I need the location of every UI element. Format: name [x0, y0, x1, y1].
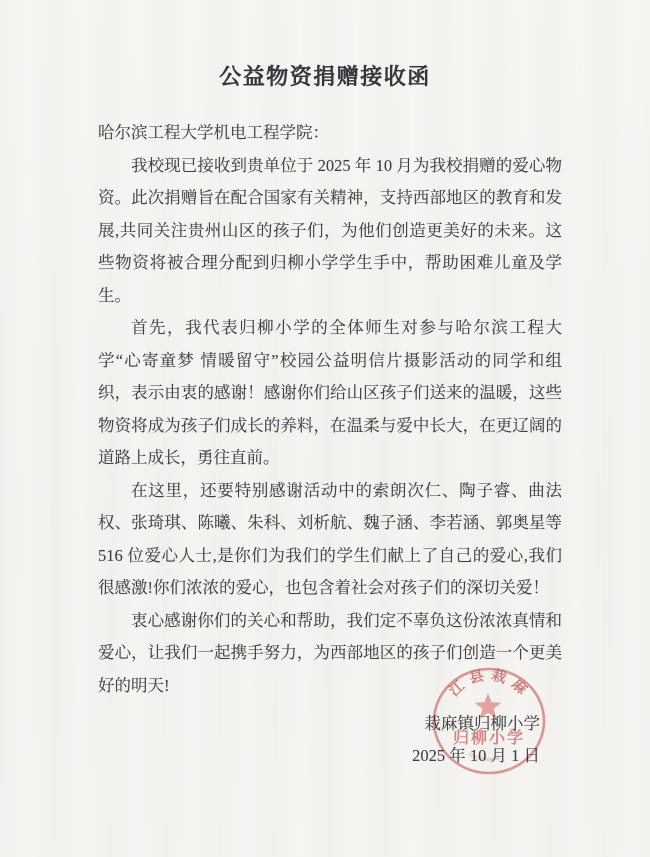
seal-star-icon: [475, 693, 502, 718]
seal-arc-text: 江县栽麻镇: [430, 666, 535, 702]
seal-serial-text: 5225320000000: [467, 752, 500, 762]
letter-page: 公益物资捐赠接收函 哈尔滨工程大学机电工程学院： 我校现已接收到贵单位于 202…: [0, 0, 650, 857]
official-seal: 江县栽麻镇 归柳小学 5225320000000: [430, 666, 548, 778]
salutation: 哈尔滨工程大学机电工程学院：: [98, 117, 562, 150]
paragraph-1: 我校现已接收到贵单位于 2025 年 10 月为我校捐赠的爱心物资。此次捐赠旨在…: [98, 150, 562, 313]
seal-name-text: 归柳小学: [453, 728, 525, 747]
letter-title: 公益物资捐赠接收函: [0, 60, 650, 91]
paragraph-2: 首先，我代表归柳小学的全体师生对参与哈尔滨工程大学“心寄童梦 情暖留守”校园公益…: [98, 312, 562, 475]
paragraph-3: 在这里，还要特别感谢活动中的索朗次仁、陶子睿、曲法权、张琦琪、陈曦、朱科、刘析航…: [98, 475, 562, 605]
letter-body: 哈尔滨工程大学机电工程学院： 我校现已接收到贵单位于 2025 年 10 月为我…: [98, 117, 562, 702]
